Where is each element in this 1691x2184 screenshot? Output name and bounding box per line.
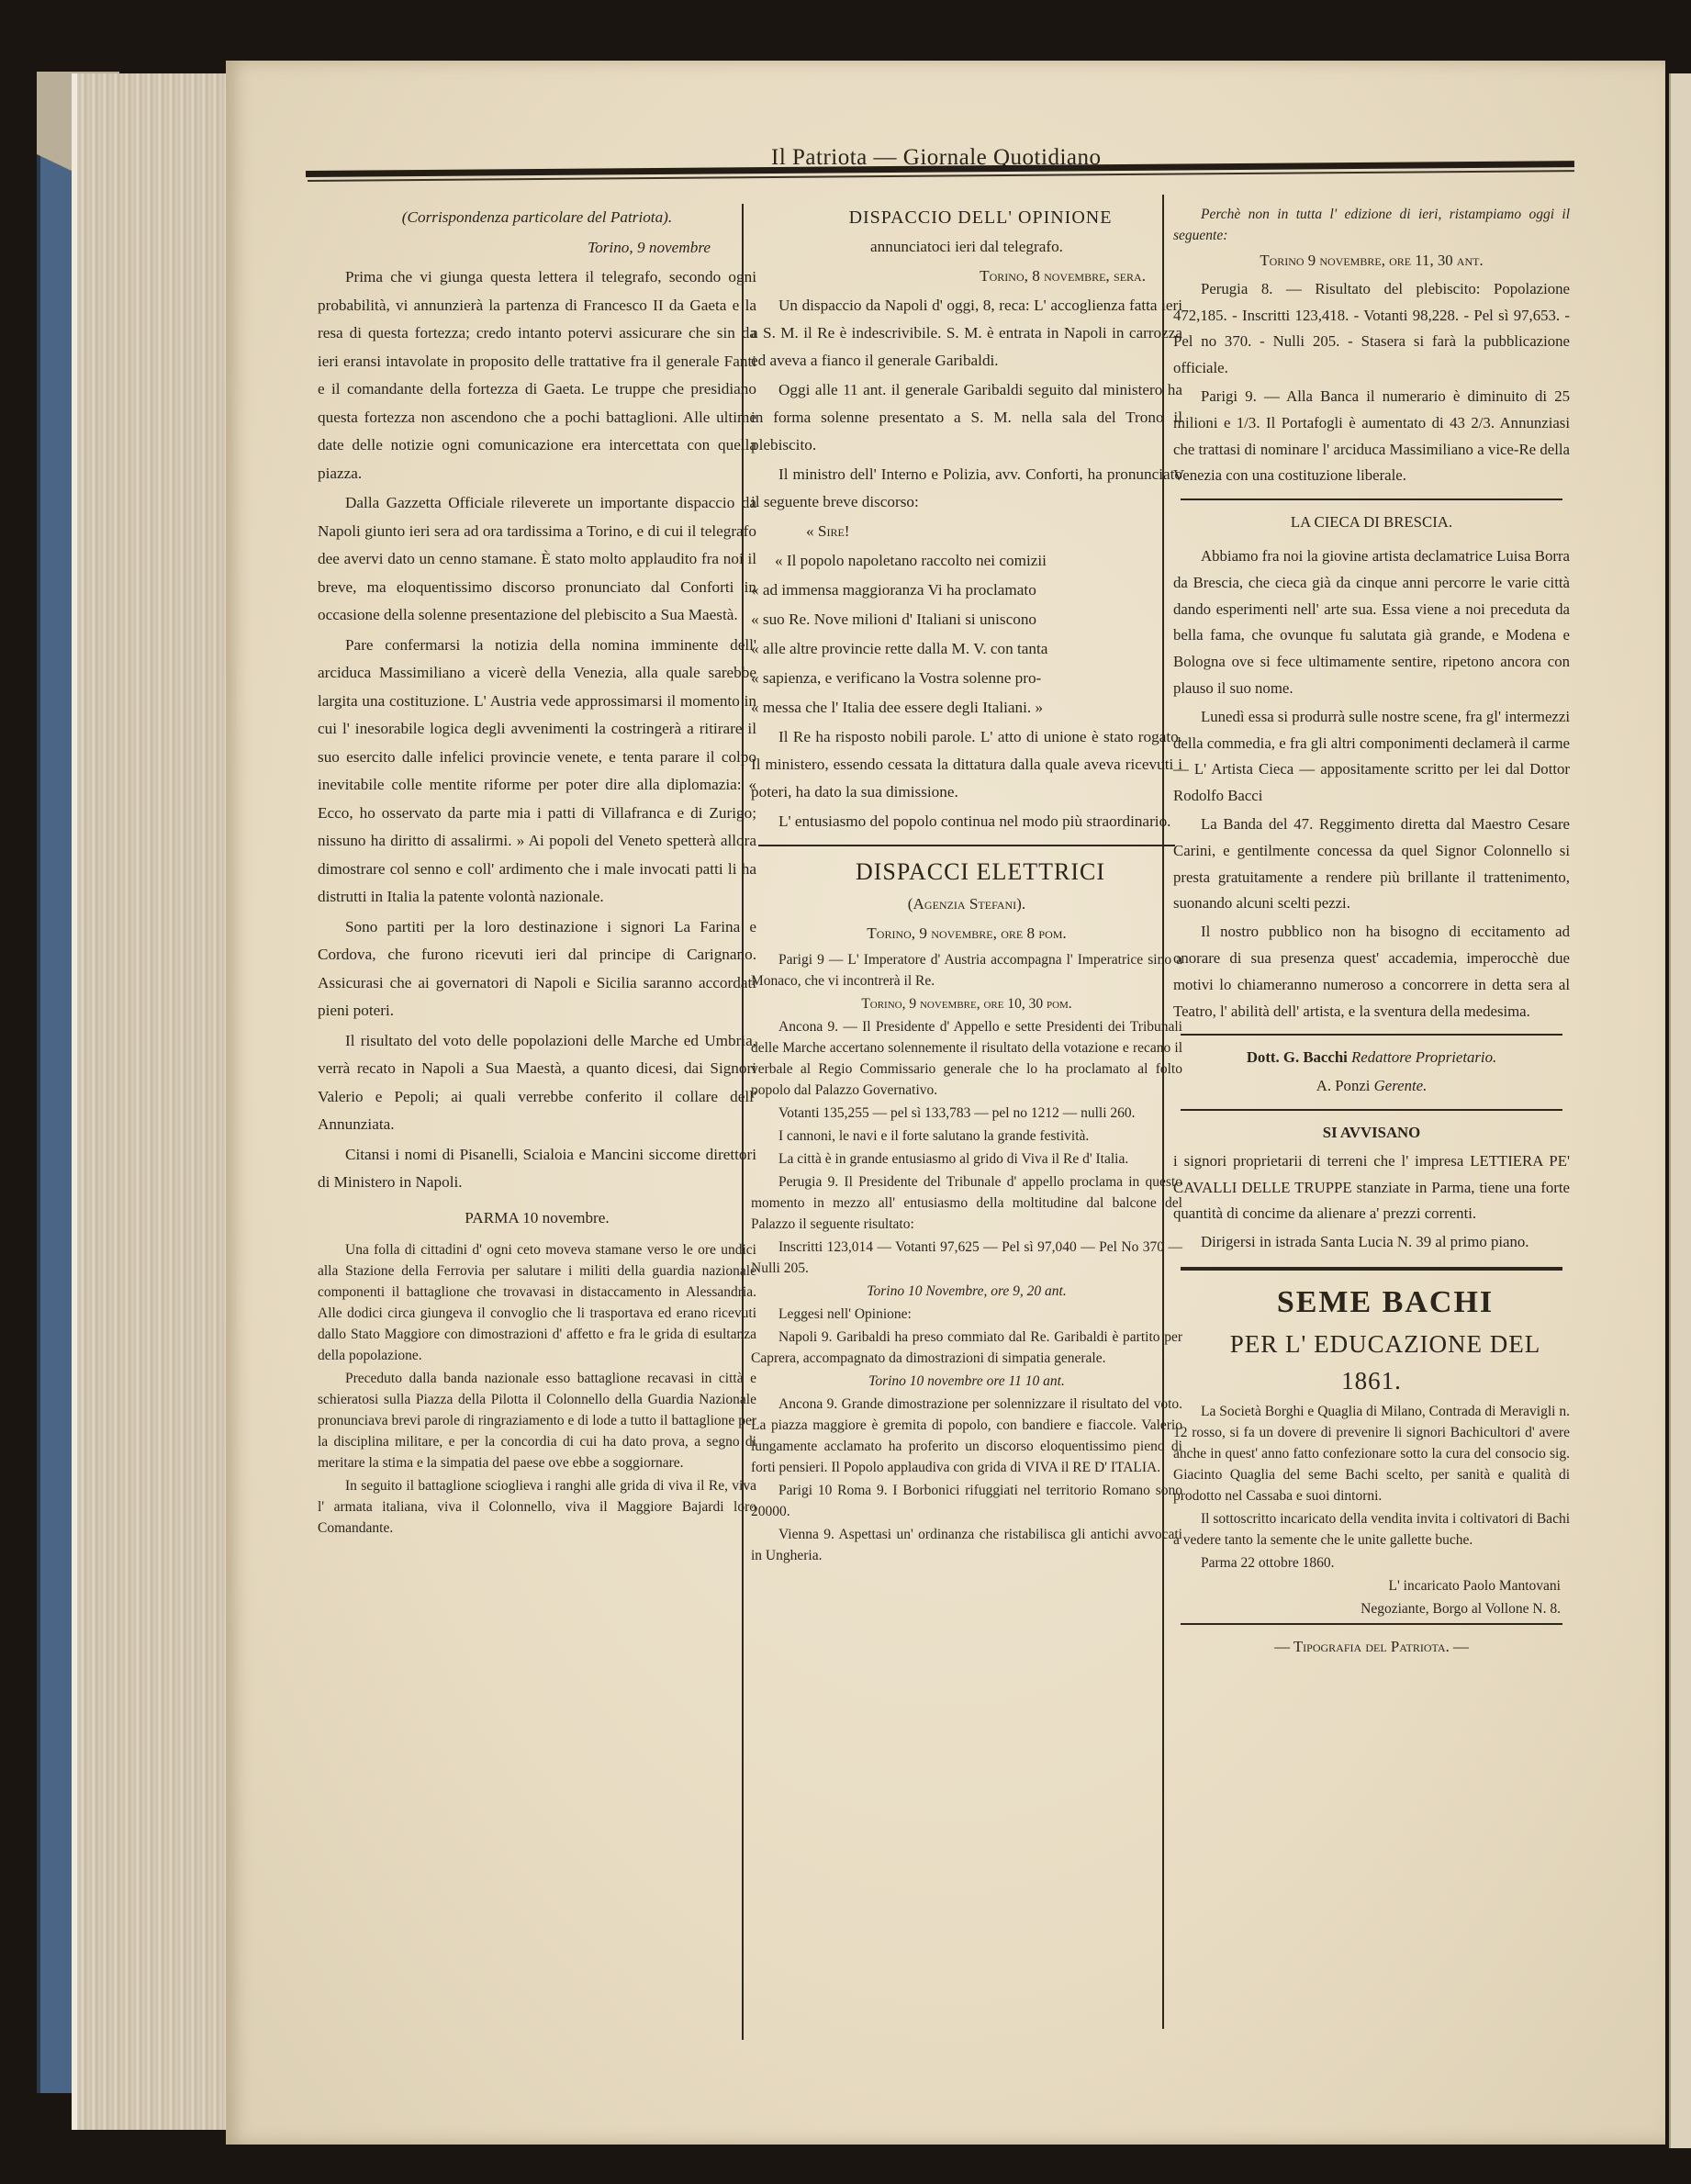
avviso-title: SI AVVISANO (1173, 1120, 1570, 1147)
section-divider (1181, 1034, 1562, 1036)
dispatch-title: DISPACCIO DELL' OPINIONE (751, 204, 1182, 231)
article-paragraph: Oggi alle 11 ant. il generale Garibaldi … (751, 376, 1182, 459)
dispatch-item: Ancona 9. — Il Presidente d' Appello e s… (751, 1016, 1182, 1101)
reprint-note: Perchè non in tutta l' edizione di ieri,… (1173, 204, 1570, 246)
section-divider (1181, 1109, 1562, 1111)
dispatch-item: Parigi 10 Roma 9. I Borbonici rifuggiati… (751, 1480, 1182, 1522)
dispatch-item: Vienna 9. Aspettasi un' ordinanza che ri… (751, 1524, 1182, 1566)
dateline: Torino 10 Novembre, ore 9, 20 ant. (751, 1281, 1182, 1302)
quote-line: « alle altre provincie rette dalla M. V.… (751, 635, 1182, 663)
manager-line: A. Ponzi Gerente. (1173, 1073, 1570, 1100)
dateline: Torino 10 novembre ore 11 10 ant. (751, 1371, 1182, 1392)
article-paragraph: Il risultato del voto delle popolazioni … (318, 1027, 756, 1139)
facing-page-edge (1669, 73, 1691, 2148)
right-column: Perchè non in tutta l' edizione di ieri,… (1173, 204, 1570, 1663)
article-paragraph: Una folla di cittadini d' ogni ceto move… (318, 1239, 756, 1366)
cieca-title: LA CIECA DI BRESCIA. (1173, 510, 1570, 536)
section-heading-parma: PARMA 10 novembre. (318, 1204, 756, 1233)
page-stack-edges (72, 73, 228, 2130)
dispatch-item: Perugia 9. Il Presidente del Tribunale d… (751, 1171, 1182, 1235)
source-note: (Corrispondenza particolare del Patriota… (318, 204, 756, 232)
dispatch-item: Inscritti 123,014 — Votanti 97,625 — Pel… (751, 1237, 1182, 1279)
quote-line: « messa che l' Italia dee essere degli I… (751, 694, 1182, 722)
dateline: Torino 9 novembre, ore 11, 30 ant. (1173, 248, 1570, 274)
dispatch-item: Perugia 8. — Risultato del plebiscito: P… (1173, 276, 1570, 382)
ad-subtitle: PER L' EDUCAZIONE DEL 1861. (1173, 1326, 1570, 1399)
avviso-text: i signori proprietarii di terreni che l'… (1173, 1148, 1570, 1227)
imprint: — Tipografia del Patriota. — (1173, 1634, 1570, 1661)
dispatch-item: Leggesi nell' Opinione: (751, 1304, 1182, 1325)
avviso-text: Dirigersi in istrada Santa Lucia N. 39 a… (1173, 1229, 1570, 1256)
dateline: Torino, 9 novembre, ore 8 pom. (751, 920, 1182, 947)
editor-role: Redattore Proprietario. (1351, 1048, 1496, 1066)
editor-line: Dott. G. Bacchi Redattore Proprietario. (1173, 1045, 1570, 1071)
section-divider (758, 845, 1175, 846)
dispatch-item: Napoli 9. Garibaldi ha preso commiato da… (751, 1327, 1182, 1369)
quote-line: « sapienza, e verificano la Vostra solen… (751, 665, 1182, 692)
dispatch-item: Votanti 135,255 — pel sì 133,783 — pel n… (751, 1103, 1182, 1124)
dispatch-item: Ancona 9. Grande dimostrazione per solen… (751, 1394, 1182, 1478)
article-paragraph: Sono partiti per la loro destinazione i … (318, 913, 756, 1025)
article-paragraph: Prima che vi giunga questa lettera il te… (318, 263, 756, 487)
article-paragraph: La Banda del 47. Reggimento diretta dal … (1173, 812, 1570, 917)
ad-paragraph: Il sottoscritto incaricato della vendita… (1173, 1508, 1570, 1551)
quote-line: « ad immensa maggioranza Vi ha proclamat… (751, 577, 1182, 604)
article-paragraph: Il nostro pubblico non ha bisogno di ecc… (1173, 919, 1570, 1025)
dispatch-item: La città è in grande entusiasmo al grido… (751, 1148, 1182, 1170)
ad-place-date: Parma 22 ottobre 1860. (1173, 1552, 1570, 1574)
article-paragraph: Dalla Gazzetta Officiale rileverete un i… (318, 489, 756, 630)
agency-label: (Agenzia Stefani). (751, 890, 1182, 918)
article-paragraph: Il ministro dell' Interno e Polizia, avv… (751, 461, 1182, 516)
article-paragraph: L' entusiasmo del popolo continua nel mo… (751, 808, 1182, 835)
dateline: Torino, 8 novembre, sera. (751, 263, 1182, 290)
dispacci-title: DISPACCI ELETTRICI (751, 856, 1182, 889)
dateline: Torino, 9 novembre (318, 234, 756, 263)
section-divider (1181, 498, 1562, 500)
article-paragraph: In seguito il battaglione scioglieva i r… (318, 1475, 756, 1539)
article-paragraph: Il Re ha risposto nobili parole. L' atto… (751, 723, 1182, 806)
left-column: (Corrispondenza particolare del Patriota… (318, 204, 756, 1540)
article-paragraph: Citansi i nomi di Pisanelli, Scialoia e … (318, 1141, 756, 1197)
dispatch-item: Parigi 9. — Alla Banca il numerario è di… (1173, 384, 1570, 489)
ad-agent-address: Negoziante, Borgo al Vollone N. 8. (1173, 1598, 1570, 1619)
quote-line: « Il popolo napoletano raccolto nei comi… (751, 547, 1182, 575)
manager-name: A. Ponzi (1316, 1077, 1371, 1094)
ad-paragraph: La Società Borghi e Quaglia di Milano, C… (1173, 1401, 1570, 1506)
article-paragraph: Lunedì essa si produrrà sulle nostre sce… (1173, 704, 1570, 810)
section-divider (1181, 1267, 1562, 1271)
dispatch-item: Parigi 9 — L' Imperatore d' Austria acco… (751, 949, 1182, 991)
dispatch-subtitle: annunciatoci ieri dal telegrafo. (751, 233, 1182, 261)
salutation: « Sire! (751, 518, 1182, 545)
article-paragraph: Abbiamo fra noi la giovine artista decla… (1173, 543, 1570, 702)
quote-line: « suo Re. Nove milioni d' Italiani si un… (751, 606, 1182, 633)
section-divider (1181, 1623, 1562, 1625)
dispatch-item: I cannoni, le navi e il forte salutano l… (751, 1126, 1182, 1147)
article-paragraph: Preceduto dalla banda nazionale esso bat… (318, 1368, 756, 1473)
article-paragraph: Pare confermarsi la notizia della nomina… (318, 632, 756, 912)
editor-name: Dott. G. Bacchi (1247, 1048, 1348, 1066)
article-paragraph: Un dispaccio da Napoli d' oggi, 8, reca:… (751, 292, 1182, 375)
middle-column: DISPACCIO DELL' OPINIONE annunciatoci ie… (751, 204, 1182, 1568)
ad-title: SEME BACHI (1173, 1282, 1570, 1324)
manager-role: Gerente. (1374, 1077, 1428, 1094)
dateline: Torino, 9 novembre, ore 10, 30 pom. (751, 993, 1182, 1014)
ad-agent: L' incaricato Paolo Mantovani (1173, 1575, 1570, 1596)
